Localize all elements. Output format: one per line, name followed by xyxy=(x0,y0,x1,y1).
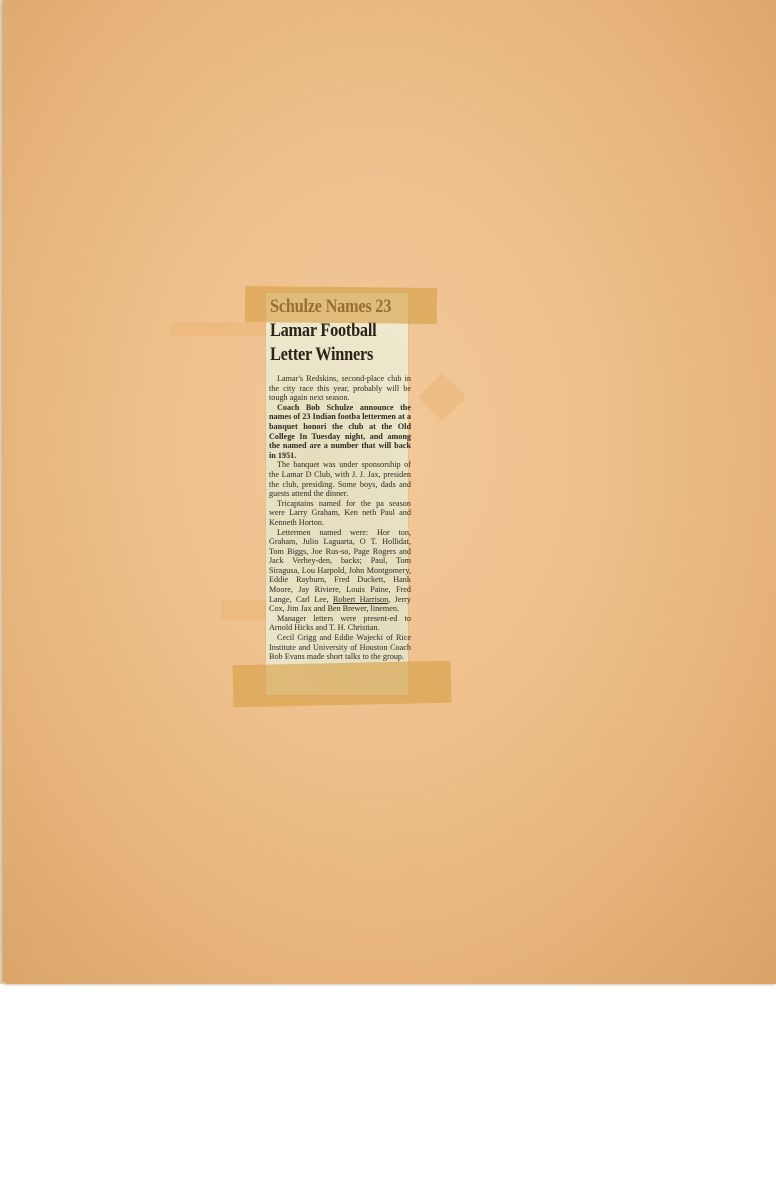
paragraph-manager-letters: Manager letters were present-ed to Arnol… xyxy=(269,614,411,633)
ghost-stain-mark xyxy=(418,373,466,421)
ghost-tape-mark xyxy=(171,322,271,336)
lettermen-list: Lettermen named were: Hor ton, Graham, J… xyxy=(269,528,411,604)
headline-line-3: Letter Winners xyxy=(270,343,390,367)
tape-strip-top xyxy=(245,286,437,324)
paragraph-lettermen: Lettermen named were: Hor ton, Graham, J… xyxy=(269,528,411,614)
paragraph-tricaptains: Tricaptains named for the pa season were… xyxy=(269,499,411,528)
ghost-tape-mark xyxy=(221,600,267,620)
paragraph-announcement: Coach Bob Schulze announce the names of … xyxy=(269,403,411,461)
tape-strip-bottom xyxy=(233,661,452,708)
lettermen-underlined-name: Robert Harrison xyxy=(333,595,388,604)
paragraph-intro: Lamar's Redskins, second-place club in t… xyxy=(269,374,411,403)
paragraph-banquet: The banquet was under sponsorship of the… xyxy=(269,460,411,498)
clipping-body: Lamar's Redskins, second-place club in t… xyxy=(269,374,411,662)
paragraph-speakers: Cecil Grigg and Eddie Wajecki of Rice In… xyxy=(269,633,411,662)
